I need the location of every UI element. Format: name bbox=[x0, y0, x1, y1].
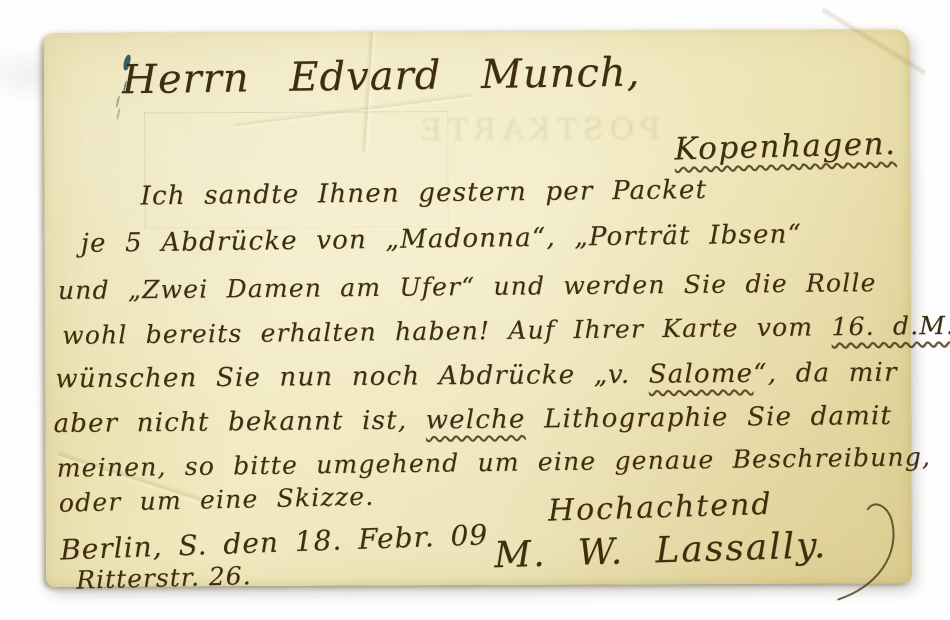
postcard: POSTKARTE Herrn Edvard Munch, Kopenhagen… bbox=[44, 29, 912, 587]
recipient-line: Herrn Edvard Munch, bbox=[122, 50, 641, 104]
salome-underlined: Salome bbox=[649, 359, 754, 390]
date-reference-underlined: 16. d.M. bbox=[831, 311, 950, 341]
body-line-6-text: aber nicht bekannt ist, bbox=[53, 405, 426, 439]
city-line: Kopenhagen. bbox=[674, 126, 897, 168]
closing-line: Hochachtend bbox=[547, 487, 773, 529]
body-line-4: wohl bereits erhalten haben! Auf Ihrer K… bbox=[62, 311, 950, 350]
postkarte-ghost-showthrough: POSTKARTE bbox=[414, 112, 660, 148]
body-line-6: aber nicht bekannt ist, welche Lithograp… bbox=[53, 401, 892, 439]
body-line-4-text: wohl bereits erhalten haben! Auf Ihrer K… bbox=[62, 312, 832, 350]
body-line-5-text: wünschen Sie nun noch Abdrücke „v. bbox=[55, 360, 649, 395]
date-line: Berlin, S. den 18. Febr. 09 bbox=[60, 518, 489, 566]
welche-underlined: welche bbox=[426, 405, 526, 436]
body-line-7: meinen, so bitte umgehend um eine genaue… bbox=[57, 442, 932, 482]
paper-crease bbox=[821, 6, 927, 76]
body-line-3: und „Zwei Damen am Ufer“ und werden Sie … bbox=[58, 268, 877, 305]
signature-line: M. W. Lassally. bbox=[494, 525, 828, 576]
city-text: Kopenhagen. bbox=[674, 126, 897, 168]
street-line: Ritterstr. 26. bbox=[76, 561, 252, 594]
body-line-1: Ich sandte Ihnen gestern per Packet bbox=[140, 175, 707, 211]
scan-background: POSTKARTE Herrn Edvard Munch, Kopenhagen… bbox=[0, 0, 950, 620]
signature-flourish-icon bbox=[834, 491, 915, 606]
body-line-5-tail: “, da mir bbox=[753, 358, 898, 389]
body-line-6-tail: Lithographie Sie damit bbox=[525, 401, 892, 435]
body-line-5: wünschen Sie nun noch Abdrücke „v. Salom… bbox=[55, 358, 898, 395]
body-line-8: oder um eine Skizze. bbox=[59, 482, 375, 518]
